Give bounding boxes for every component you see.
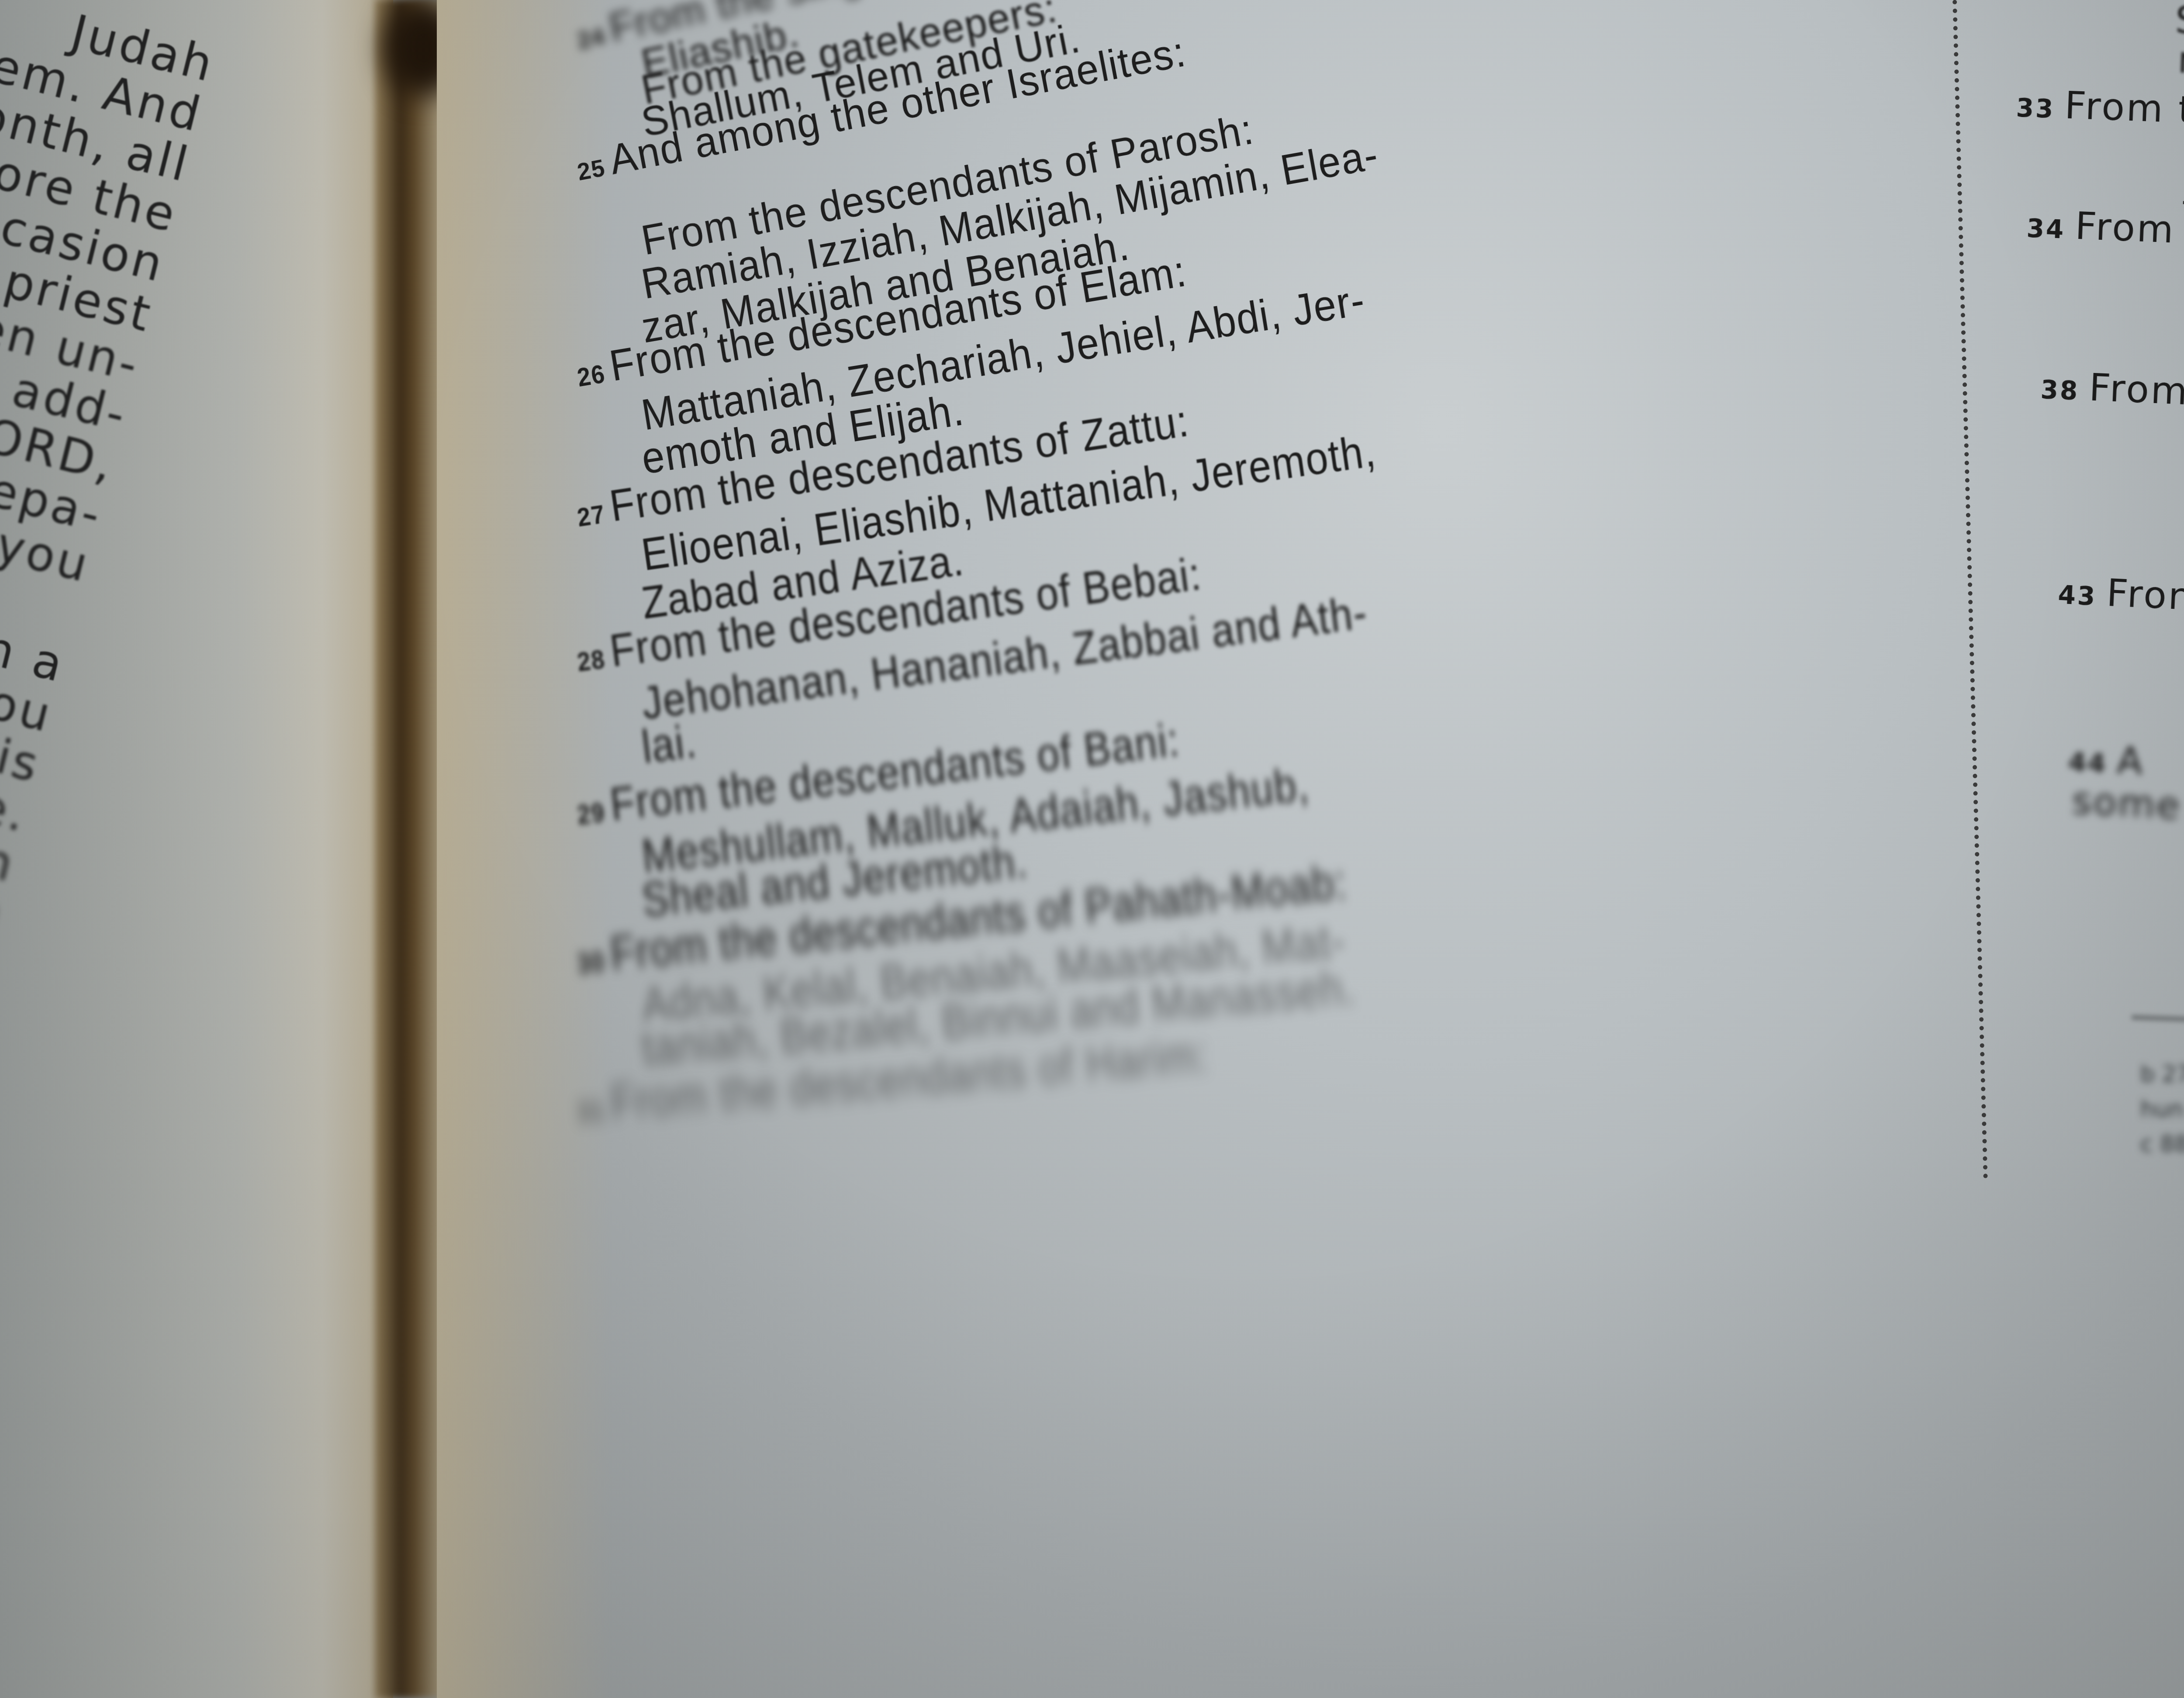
verse-number: 33 bbox=[2016, 93, 2056, 124]
footnote-line: hun a bbox=[2140, 1092, 2184, 1127]
verse-number: 44 bbox=[2068, 747, 2108, 779]
footnote-line: c 88 bbox=[2140, 1127, 2184, 1162]
left-page: Judahem. Andonth, allefore theoccasionne… bbox=[0, 0, 393, 1698]
side-text-column: Shimmar33From tMatJere34FromMadeiash38Fr… bbox=[1992, 0, 2184, 1223]
verse-number: 30 bbox=[576, 946, 607, 980]
verse-number: 25 bbox=[575, 154, 608, 186]
side-verse-line: 43Fron bbox=[2057, 569, 2184, 619]
side-verse-line: 34From bbox=[2026, 202, 2176, 252]
verse-line: lai. bbox=[639, 715, 700, 774]
verse-number: 26 bbox=[575, 359, 608, 392]
side-verse-line: 33From t bbox=[2015, 82, 2184, 132]
book-gutter bbox=[376, 0, 446, 1698]
book-photo: Judahem. Andonth, allefore theoccasionne… bbox=[0, 0, 2184, 1698]
verse-number: 38 bbox=[2040, 375, 2080, 406]
verse-number: 28 bbox=[575, 644, 607, 677]
main-text-column: 24From the singers:Eliashib.From the gat… bbox=[577, 0, 1931, 1398]
verse-number: 43 bbox=[2057, 580, 2098, 611]
side-verse-line: mar bbox=[2177, 38, 2184, 85]
verse-number: 27 bbox=[575, 500, 607, 532]
side-verse-line: 44A bbox=[2068, 736, 2146, 784]
verse-text: A bbox=[2116, 739, 2146, 783]
side-verse-line: 38From bbox=[2040, 364, 2184, 414]
verse-text: some bbox=[2071, 779, 2183, 828]
left-page-text: Judahem. Andonth, allefore theoccasionne… bbox=[0, 0, 220, 1342]
verse-text: Fron bbox=[2105, 571, 2184, 619]
verse-number: 34 bbox=[2026, 213, 2066, 244]
verse-text: From bbox=[2074, 204, 2176, 252]
verse-text: From bbox=[2088, 366, 2184, 414]
verse-number: 29 bbox=[576, 797, 607, 831]
verse-text: lai. bbox=[639, 715, 700, 773]
verse-text: mar bbox=[2177, 38, 2184, 85]
side-verse-line: some bbox=[2071, 779, 2183, 828]
footnotes: b 27,37hun ac 88 bbox=[2140, 1057, 2184, 1162]
verse-text: From t bbox=[2064, 84, 2184, 132]
footnote-line: b 27,37 bbox=[2140, 1057, 2184, 1092]
verse-number: 24 bbox=[575, 23, 608, 54]
verse-number: 31 bbox=[576, 1094, 606, 1129]
